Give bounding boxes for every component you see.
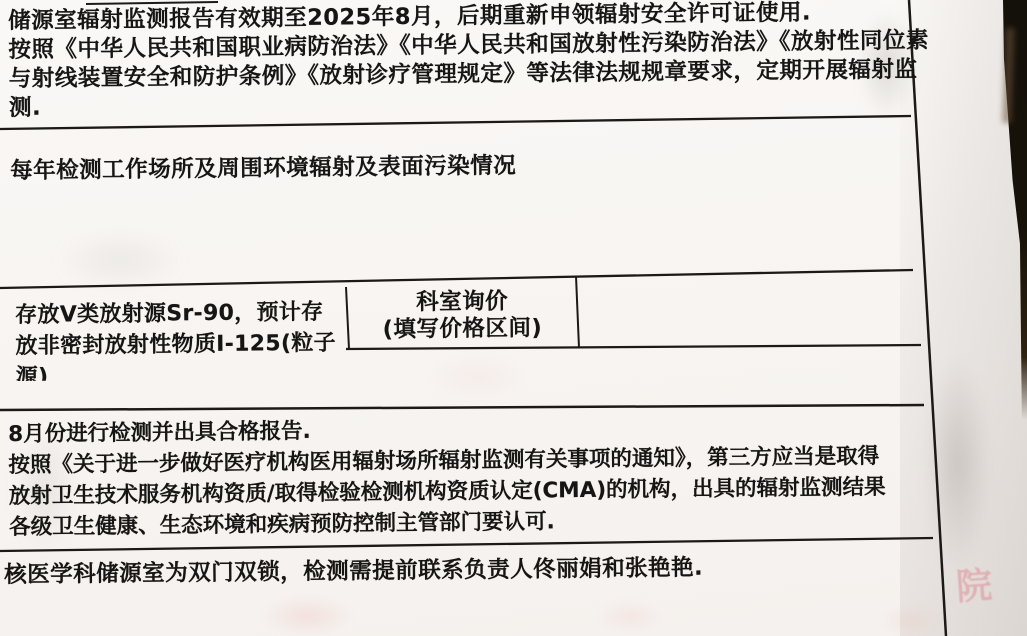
pink-watermark-glyph: 院 bbox=[954, 557, 993, 610]
annual-line-1: 每年检测工作场所及周围环境辐射及表面污染情况 bbox=[10, 152, 516, 185]
source-line-1: 存放V类放射源Sr-90，预计存 bbox=[15, 296, 350, 331]
inquiry-header-cell: 科室询价 (填写价格区间) bbox=[348, 288, 577, 344]
paper-smudge bbox=[925, 355, 990, 570]
source-line-2: 放非密封放射性物质I-125(粒子 bbox=[15, 327, 350, 362]
row-contact-text: 核医学科储源室为双门双锁，检测需提前联系负责人佟丽娟和张艳艳. bbox=[4, 554, 703, 589]
border-row3-bottom bbox=[0, 405, 924, 410]
source-line-3: 源) bbox=[16, 358, 351, 381]
border-top-partial bbox=[86, 2, 218, 4]
stamp-ghost bbox=[262, 596, 352, 636]
row-august-text: 8月份进行检测并出具合格报告. 按照《关于进一步做好医疗机构医用辐射场所辐射监测… bbox=[8, 410, 886, 543]
row-annual-text: 每年检测工作场所及周围环境辐射及表面污染情况 bbox=[10, 152, 516, 185]
inquiry-line-2: (填写价格区间) bbox=[348, 315, 576, 344]
price-value-cell bbox=[580, 286, 921, 345]
contact-line-1: 核医学科储源室为双门双锁，检测需提前联系负责人佟丽娟和张艳艳. bbox=[4, 554, 703, 589]
inquiry-line-1: 科室询价 bbox=[348, 288, 576, 317]
stamp-ghost bbox=[882, 606, 940, 636]
paper-smudge bbox=[55, 230, 185, 290]
stamp-ghost bbox=[430, 356, 525, 398]
stamp-ghost bbox=[598, 602, 662, 632]
row-validity-text: 储源室辐射监测报告有效期至2025年8月，后期重新申领辐射安全许可证使用. 按照… bbox=[8, 0, 930, 123]
border-inquiry-bottom bbox=[346, 345, 921, 349]
document-photo: 储源室辐射监测报告有效期至2025年8月，后期重新申领辐射安全许可证使用. 按照… bbox=[0, 0, 1027, 636]
row-source-left-cell: 存放V类放射源Sr-90，预计存 放非密封放射性物质I-125(粒子 源) bbox=[15, 296, 351, 381]
